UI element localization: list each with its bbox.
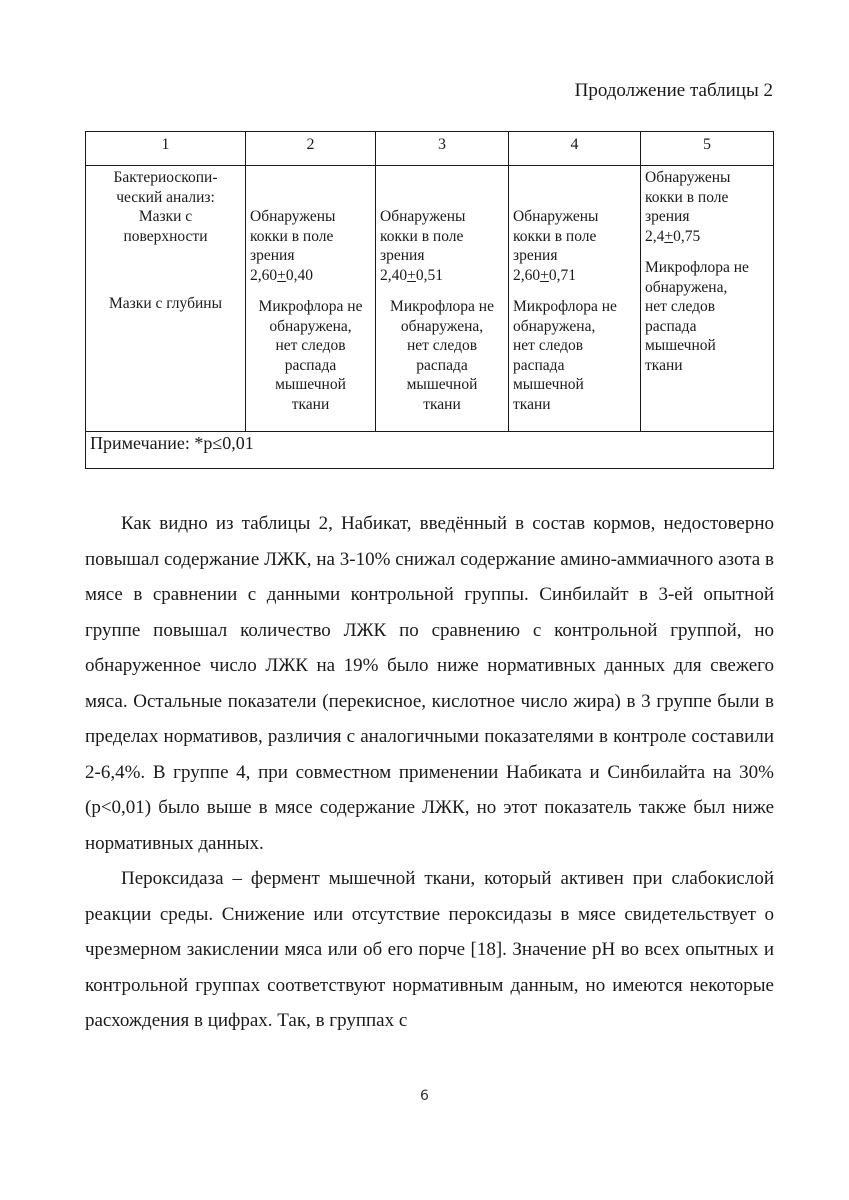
depth-result-line: обнаружена,	[250, 317, 371, 337]
surface-result-line: Обнаружены	[645, 168, 769, 188]
header-cell: 2	[246, 132, 376, 166]
surface-result-line: кокки в поле	[513, 227, 636, 247]
table-header-row: 1 2 3 4 5	[86, 132, 774, 166]
surface-result-line: Обнаружены	[380, 207, 504, 227]
surface-result-value: 2,40+0,51	[380, 266, 504, 286]
depth-result-line: Микрофлора не	[645, 258, 769, 278]
depth-result-line: нет следов	[380, 336, 504, 356]
depth-result-line: мышечной	[513, 375, 636, 395]
depth-result-line: ткани	[513, 395, 636, 415]
surface-result-value: 2,60+0,71	[513, 266, 636, 286]
depth-result: Микрофлора необнаружена,нет следовраспад…	[645, 258, 769, 375]
page-number: 6	[0, 1088, 849, 1104]
row-label-depth: Мазки с глубины	[90, 294, 241, 314]
surface-result-line: зрения	[250, 246, 371, 266]
surface-result-line: зрения	[513, 246, 636, 266]
table-row: Бактериоскопи- ческий анализ: Мазки с по…	[86, 166, 774, 432]
header-cell: 3	[376, 132, 509, 166]
depth-result-line: Микрофлора не	[250, 297, 371, 317]
depth-result: Микрофлора необнаружена,нет следовраспад…	[380, 297, 504, 414]
table-caption: Продолжение таблицы 2	[575, 80, 773, 102]
depth-result-line: ткани	[645, 356, 769, 376]
depth-result-line: ткани	[250, 395, 371, 415]
group-5-cell: Обнаруженыкокки в полезрения2,4+0,75Микр…	[641, 166, 774, 432]
surface-result-line: кокки в поле	[380, 227, 504, 247]
depth-result-line: распада	[645, 317, 769, 337]
body-text: Как видно из таблицы 2, Набикат, введённ…	[85, 506, 774, 1039]
row-label-cell: Бактериоскопи- ческий анализ: Мазки с по…	[86, 166, 246, 432]
depth-result-line: обнаружена,	[380, 317, 504, 337]
surface-result-line: Обнаружены	[513, 207, 636, 227]
depth-result-line: мышечной	[645, 336, 769, 356]
depth-result-line: Микрофлора не	[380, 297, 504, 317]
surface-result-line: кокки в поле	[250, 227, 371, 247]
surface-result-line: Обнаружены	[250, 207, 371, 227]
depth-result-line: обнаружена,	[645, 278, 769, 298]
surface-result-value: 2,4+0,75	[645, 227, 769, 247]
row-label-line: ческий анализ:	[90, 188, 241, 208]
group-2-cell: Обнаруженыкокки в полезрения2,60+0,40Мик…	[246, 166, 376, 432]
depth-result-line: ткани	[380, 395, 504, 415]
depth-result-line: распада	[250, 356, 371, 376]
group-3-cell: Обнаруженыкокки в полезрения2,40+0,51Мик…	[376, 166, 509, 432]
header-cell: 1	[86, 132, 246, 166]
depth-result-line: Микрофлора не	[513, 297, 636, 317]
header-cell: 5	[641, 132, 774, 166]
group-4-cell: Обнаруженыкокки в полезрения2,60+0,71Мик…	[509, 166, 641, 432]
row-label-line: поверхности	[90, 227, 241, 247]
data-table: 1 2 3 4 5 Бактериоскопи- ческий анализ: …	[85, 131, 774, 469]
depth-result-line: нет следов	[513, 336, 636, 356]
depth-result: Микрофлора необнаружена,нет следовраспад…	[513, 297, 636, 414]
row-label-line: Мазки с	[90, 207, 241, 227]
surface-result-line: кокки в поле	[645, 188, 769, 208]
header-cell: 4	[509, 132, 641, 166]
row-label-line: Бактериоскопи-	[90, 168, 241, 188]
depth-result-line: мышечной	[380, 375, 504, 395]
surface-result-value: 2,60+0,40	[250, 266, 371, 286]
paragraph: Как видно из таблицы 2, Набикат, введённ…	[85, 506, 774, 861]
table-note-row: Примечание: *p≤0,01	[86, 432, 774, 469]
depth-result-line: распада	[513, 356, 636, 376]
surface-result-line: зрения	[380, 246, 504, 266]
depth-result-line: распада	[380, 356, 504, 376]
paragraph: Пероксидаза – фермент мышечной ткани, ко…	[85, 861, 774, 1039]
depth-result-line: мышечной	[250, 375, 371, 395]
depth-result-line: обнаружена,	[513, 317, 636, 337]
depth-result: Микрофлора необнаружена,нет следовраспад…	[250, 297, 371, 414]
depth-result-line: нет следов	[645, 297, 769, 317]
depth-result-line: нет следов	[250, 336, 371, 356]
table-note: Примечание: *p≤0,01	[86, 432, 774, 469]
surface-result-line: зрения	[645, 207, 769, 227]
